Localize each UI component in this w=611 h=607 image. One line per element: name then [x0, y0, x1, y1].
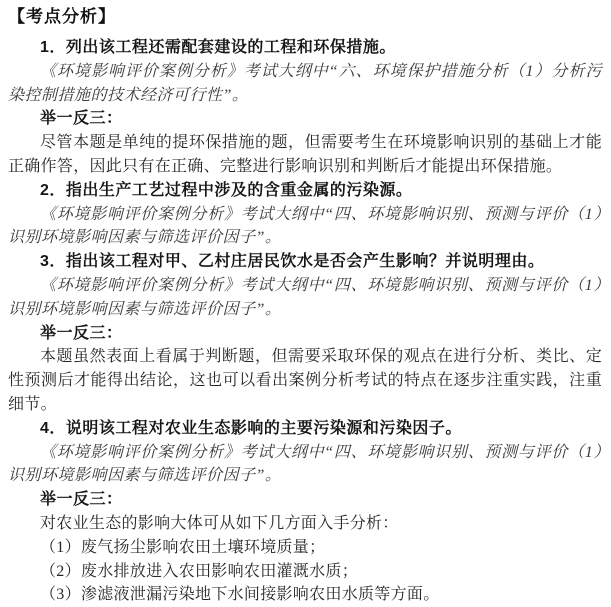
- question-item-3: 3．指出该工程对甲、乙村庄居民饮水是否会产生影响？并说明理由。: [8, 250, 602, 274]
- syllabus-ref-4: 《环境影响评价案例分析》考试大纲中“四、环境影响识别、预测与评价（1）识别环境影…: [8, 441, 602, 489]
- question-item-2: 2．指出生产工艺过程中涉及的含重金属的污染源。: [8, 179, 602, 203]
- analysis-intro: 对农业生态的影响大体可从如下几方面入手分析：: [8, 512, 602, 536]
- syllabus-ref-1: 《环境影响评价案例分析》考试大纲中“六、环境保护措施分析（1）分析污染控制措施的…: [8, 60, 602, 108]
- review-label-1: 举一反三：: [8, 107, 602, 131]
- syllabus-ref-3: 《环境影响评价案例分析》考试大纲中“四、环境影响识别、预测与评价（1）识别环境影…: [8, 274, 602, 322]
- analysis-point-1: （1）废气扬尘影响农田土壤环境质量；: [8, 536, 602, 560]
- analysis-point-2: （2）废水排放进入农田影响农田灌溉水质；: [8, 560, 602, 584]
- syllabus-ref-2: 《环境影响评价案例分析》考试大纲中“四、环境影响识别、预测与评价（1）识别环境影…: [8, 203, 602, 251]
- analysis-point-3: （3）渗滤液泄漏污染地下水间接影响农田水质等方面。: [8, 583, 602, 607]
- review-label-2: 举一反三：: [8, 322, 602, 346]
- review-label-3: 举一反三：: [8, 488, 602, 512]
- analysis-text-1: 尽管本题是单纯的提环保措施的题，但需要考生在环境影响识别的基础上才能正确作答，因…: [8, 131, 602, 179]
- document-page: 【考点分析】 1．列出该工程还需配套建设的工程和环保措施。 《环境影响评价案例分…: [0, 0, 611, 607]
- section-heading: 【考点分析】: [8, 5, 602, 29]
- question-item-4: 4．说明该工程对农业生态影响的主要污染源和污染因子。: [8, 417, 602, 441]
- question-item-1: 1．列出该工程还需配套建设的工程和环保措施。: [8, 36, 602, 60]
- analysis-text-2: 本题虽然表面上看属于判断题，但需要采取环保的观点在进行分析、类比、定性预测后才能…: [8, 345, 602, 416]
